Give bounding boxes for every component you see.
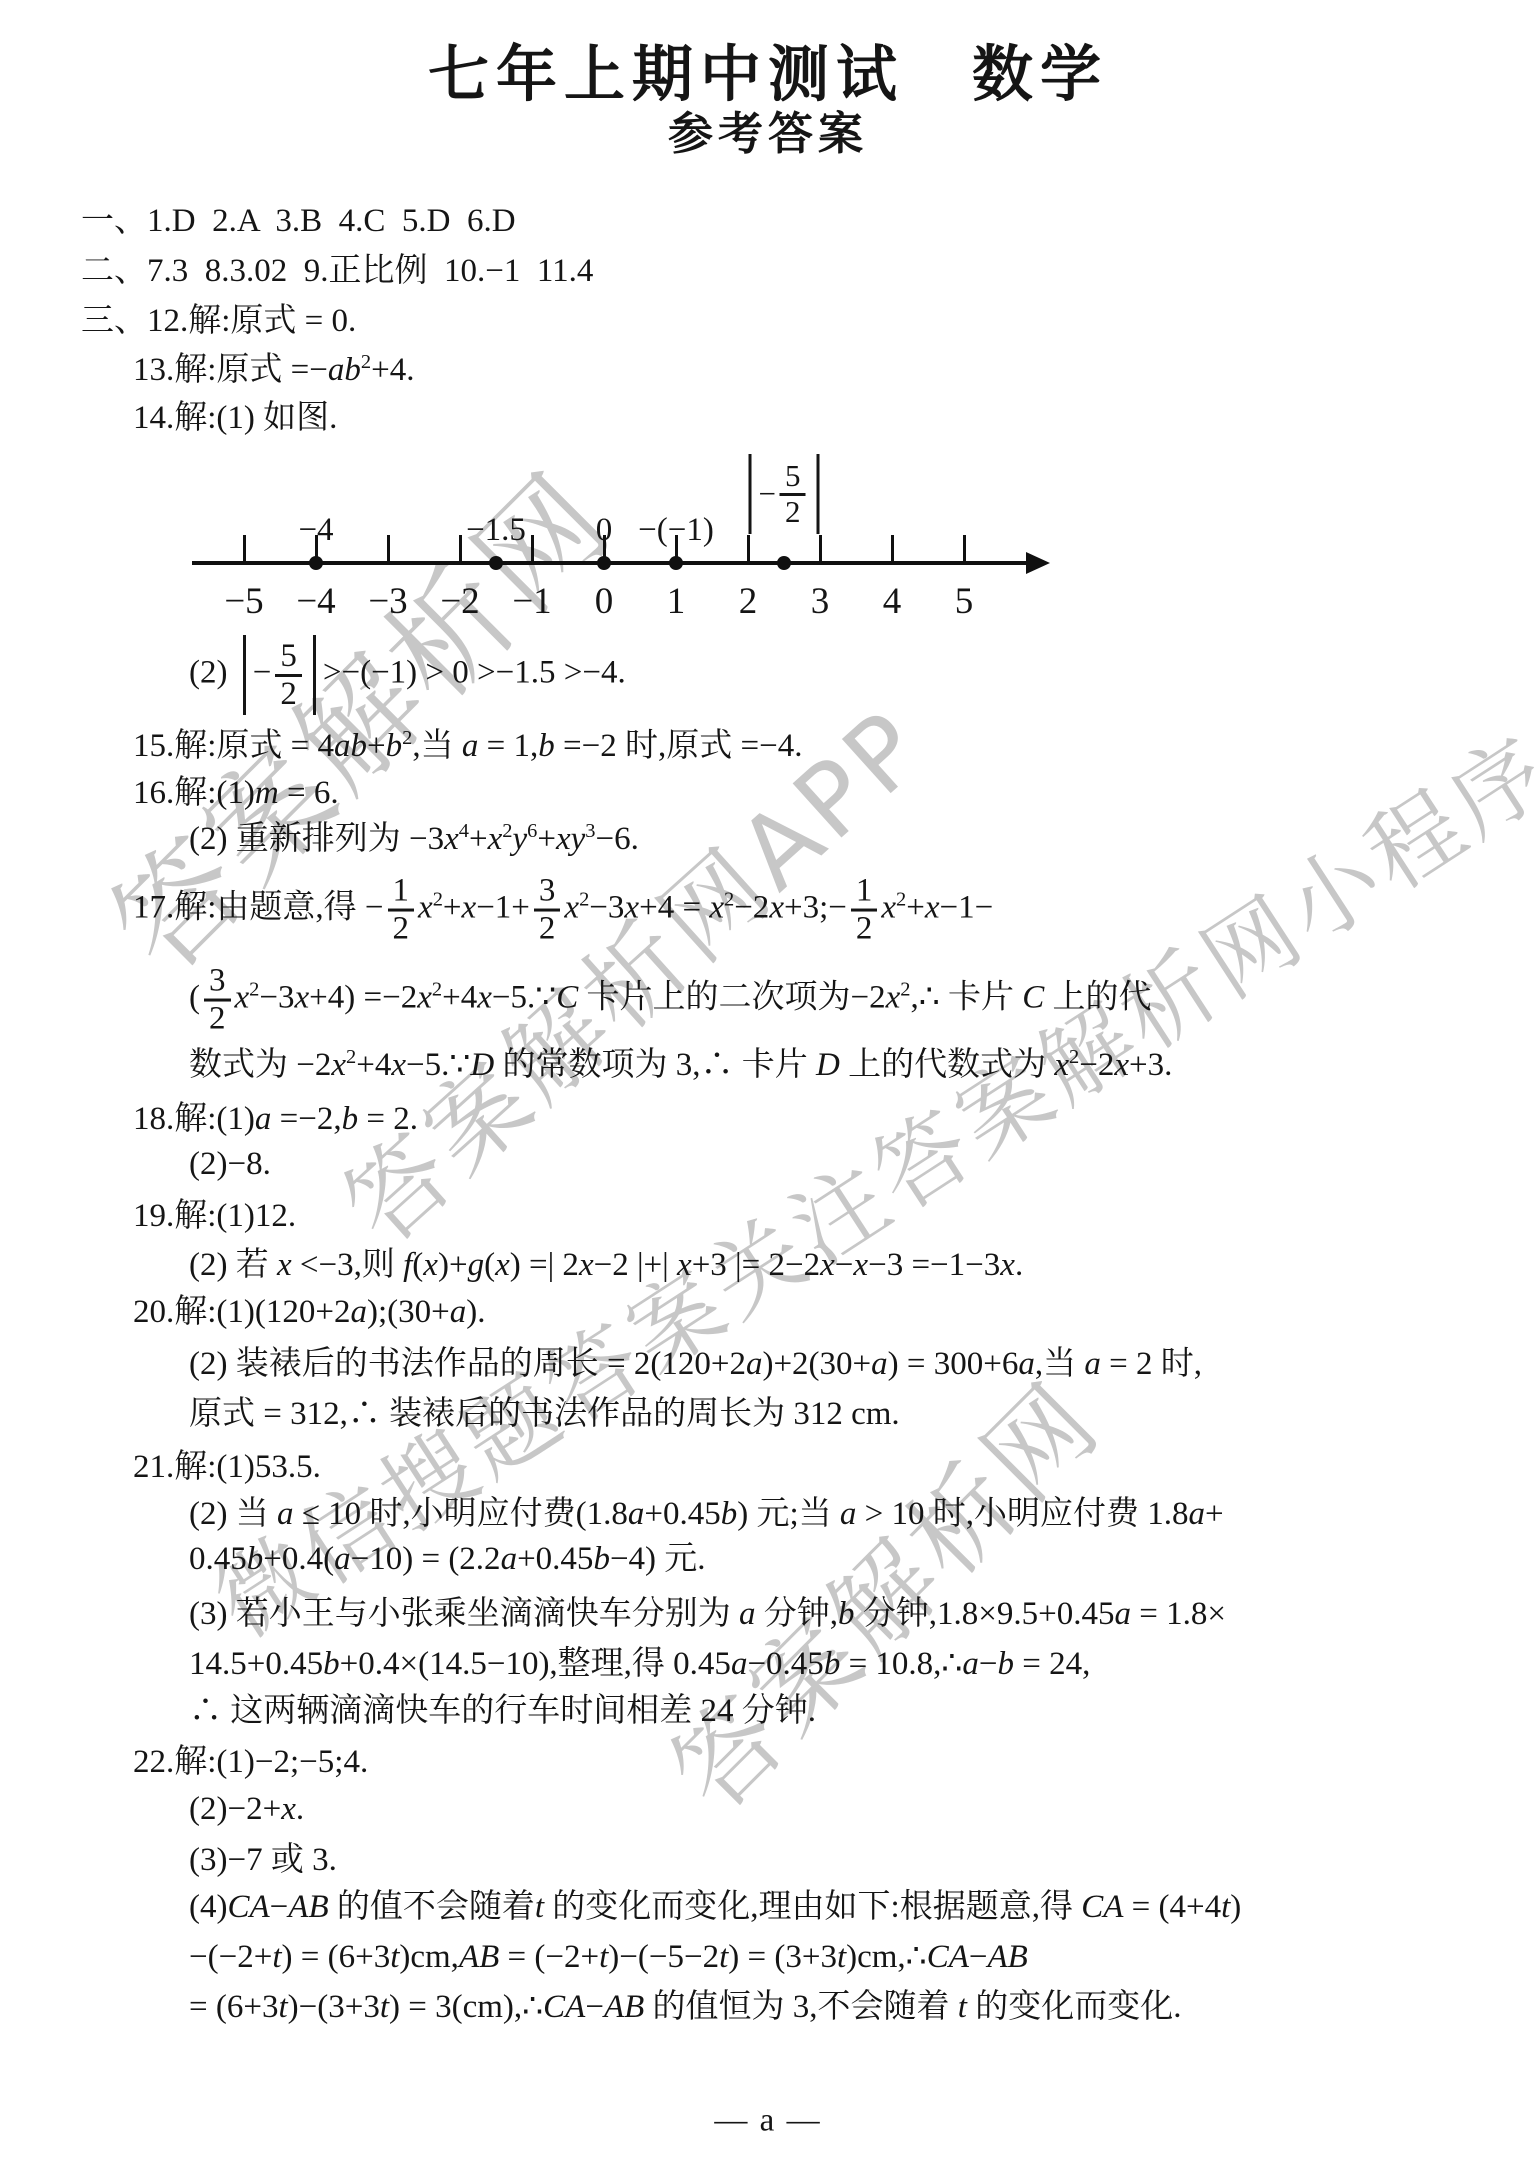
answer-line: (2) 当 a ≤ 10 时,小明应付费(1.8a+0.45b) 元;当 a >… [189, 1495, 1224, 1535]
point-label: −1.5 [466, 512, 526, 549]
answer-line: (2)−2+x. [189, 1790, 304, 1830]
answer-line: 18.解:(1)a =−2,b = 2. [133, 1100, 418, 1140]
answer-line: (3)−7 或 3. [189, 1841, 337, 1881]
tick-mark [819, 535, 822, 563]
answer-line: (2) 装裱后的书法作品的周长 = 2(120+2a)+2(30+a) = 30… [189, 1345, 1202, 1385]
axis-number-label: −1 [512, 580, 551, 623]
tick-mark [531, 535, 534, 563]
answer-line: 21.解:(1)53.5. [133, 1448, 321, 1488]
tick-mark [243, 535, 246, 563]
answer-line: 三、12.解:原式 = 0. [81, 302, 356, 342]
page-subtitle: 参考答案 [0, 97, 1536, 162]
answer-sheet-page: 七年上期中测试 数学 参考答案 答案解析网答案解析网APP微信搜题答案关注答案解… [0, 0, 1536, 2171]
axis-number-label: 4 [883, 580, 902, 623]
answer-line: −(−2+t) = (6+3t)cm,AB = (−2+t)−(−5−2t) =… [189, 1938, 1028, 1978]
point-dot [669, 556, 683, 570]
answer-line: 数式为 −2x2+4x−5.∵D 的常数项为 3,∴ 卡片 D 上的代数式为 x… [189, 1046, 1172, 1086]
answer-line: 原式 = 312,∴ 装裱后的书法作品的周长为 312 cm. [189, 1395, 900, 1435]
answer-line: 22.解:(1)−2;−5;4. [133, 1743, 368, 1783]
answer-line: (2) 重新排列为 −3x4+x2y6+xy3−6. [189, 820, 639, 860]
axis-number-label: −2 [440, 580, 479, 623]
tick-mark [747, 535, 750, 563]
tick-mark [891, 535, 894, 563]
page-number: — a — [0, 2103, 1536, 2140]
fraction: 12 [851, 874, 878, 947]
answer-line: (32x2−3x+4) =−2x2+4x−5.∵C 卡片上的二次项为−2x2,∴… [189, 964, 1152, 1037]
answer-line: (4)CA−AB 的值不会随着t 的变化而变化,理由如下:根据题意,得 CA =… [189, 1888, 1241, 1928]
axis-arrow-icon [1026, 552, 1050, 574]
answer-line: 13.解:原式 =−ab2+4. [133, 351, 414, 391]
answer-line: ∴ 这两辆滴滴快车的行车时间相差 24 分钟. [189, 1692, 816, 1732]
answer-line: 15.解:原式 = 4ab+b2,当 a = 1,b =−2 时,原式 =−4. [133, 727, 802, 767]
answer-line: (2) 若 x <−3,则 f(x)+g(x) =| 2x−2 |+| x+3 … [189, 1246, 1023, 1286]
point-label: 0 [596, 512, 613, 549]
answer-line: = (6+3t)−(3+3t) = 3(cm),∴CA−AB 的值恒为 3,不会… [189, 1988, 1181, 2028]
point-label: −4 [298, 512, 333, 549]
point-label-abs-fraction: −52 [742, 454, 827, 534]
axis-number-label: 1 [667, 580, 686, 623]
fraction: 32 [204, 964, 231, 1037]
answer-line: 14.5+0.45b+0.4×(14.5−10),整理,得 0.45a−0.45… [189, 1645, 1090, 1685]
fraction: 12 [388, 874, 415, 947]
answer-line: 19.解:(1)12. [133, 1197, 296, 1237]
fraction: 32 [534, 874, 561, 947]
point-dot [597, 556, 611, 570]
answer-line: 17.解:由题意,得 −12x2+x−1+32x2−3x+4 = x2−2x+3… [133, 874, 993, 947]
tick-mark [963, 535, 966, 563]
tick-mark [387, 535, 390, 563]
point-label: −(−1) [638, 512, 714, 549]
answer-line: 二、7.3 8.3.02 9.正比例 10.−1 11.4 [81, 252, 593, 292]
tick-mark [459, 535, 462, 563]
answer-line: 20.解:(1)(120+2a);(30+a). [133, 1293, 486, 1333]
axis-number-label: 5 [955, 580, 974, 623]
answer-line: 一、1.D 2.A 3.B 4.C 5.D 6.D [81, 202, 516, 242]
axis-number-label: −5 [224, 580, 263, 623]
axis-number-label: 0 [595, 580, 614, 623]
point-dot [777, 556, 791, 570]
point-dot [489, 556, 503, 570]
number-line-figure: −5−4−3−2−1012345−4−1.50−(−1)−52 [180, 430, 1080, 650]
answer-line: 0.45b+0.4(a−10) = (2.2a+0.45b−4) 元. [189, 1540, 706, 1580]
point-dot [309, 556, 323, 570]
axis-number-label: −3 [368, 580, 407, 623]
axis-number-label: 3 [811, 580, 830, 623]
axis-number-label: 2 [739, 580, 758, 623]
answer-line: 16.解:(1)m = 6. [133, 774, 339, 814]
answer-line: (3) 若小王与小张乘坐滴滴快车分别为 a 分钟,b 分钟,1.8×9.5+0.… [189, 1595, 1226, 1635]
answer-line: (2)−8. [189, 1145, 271, 1185]
axis-number-label: −4 [296, 580, 335, 623]
